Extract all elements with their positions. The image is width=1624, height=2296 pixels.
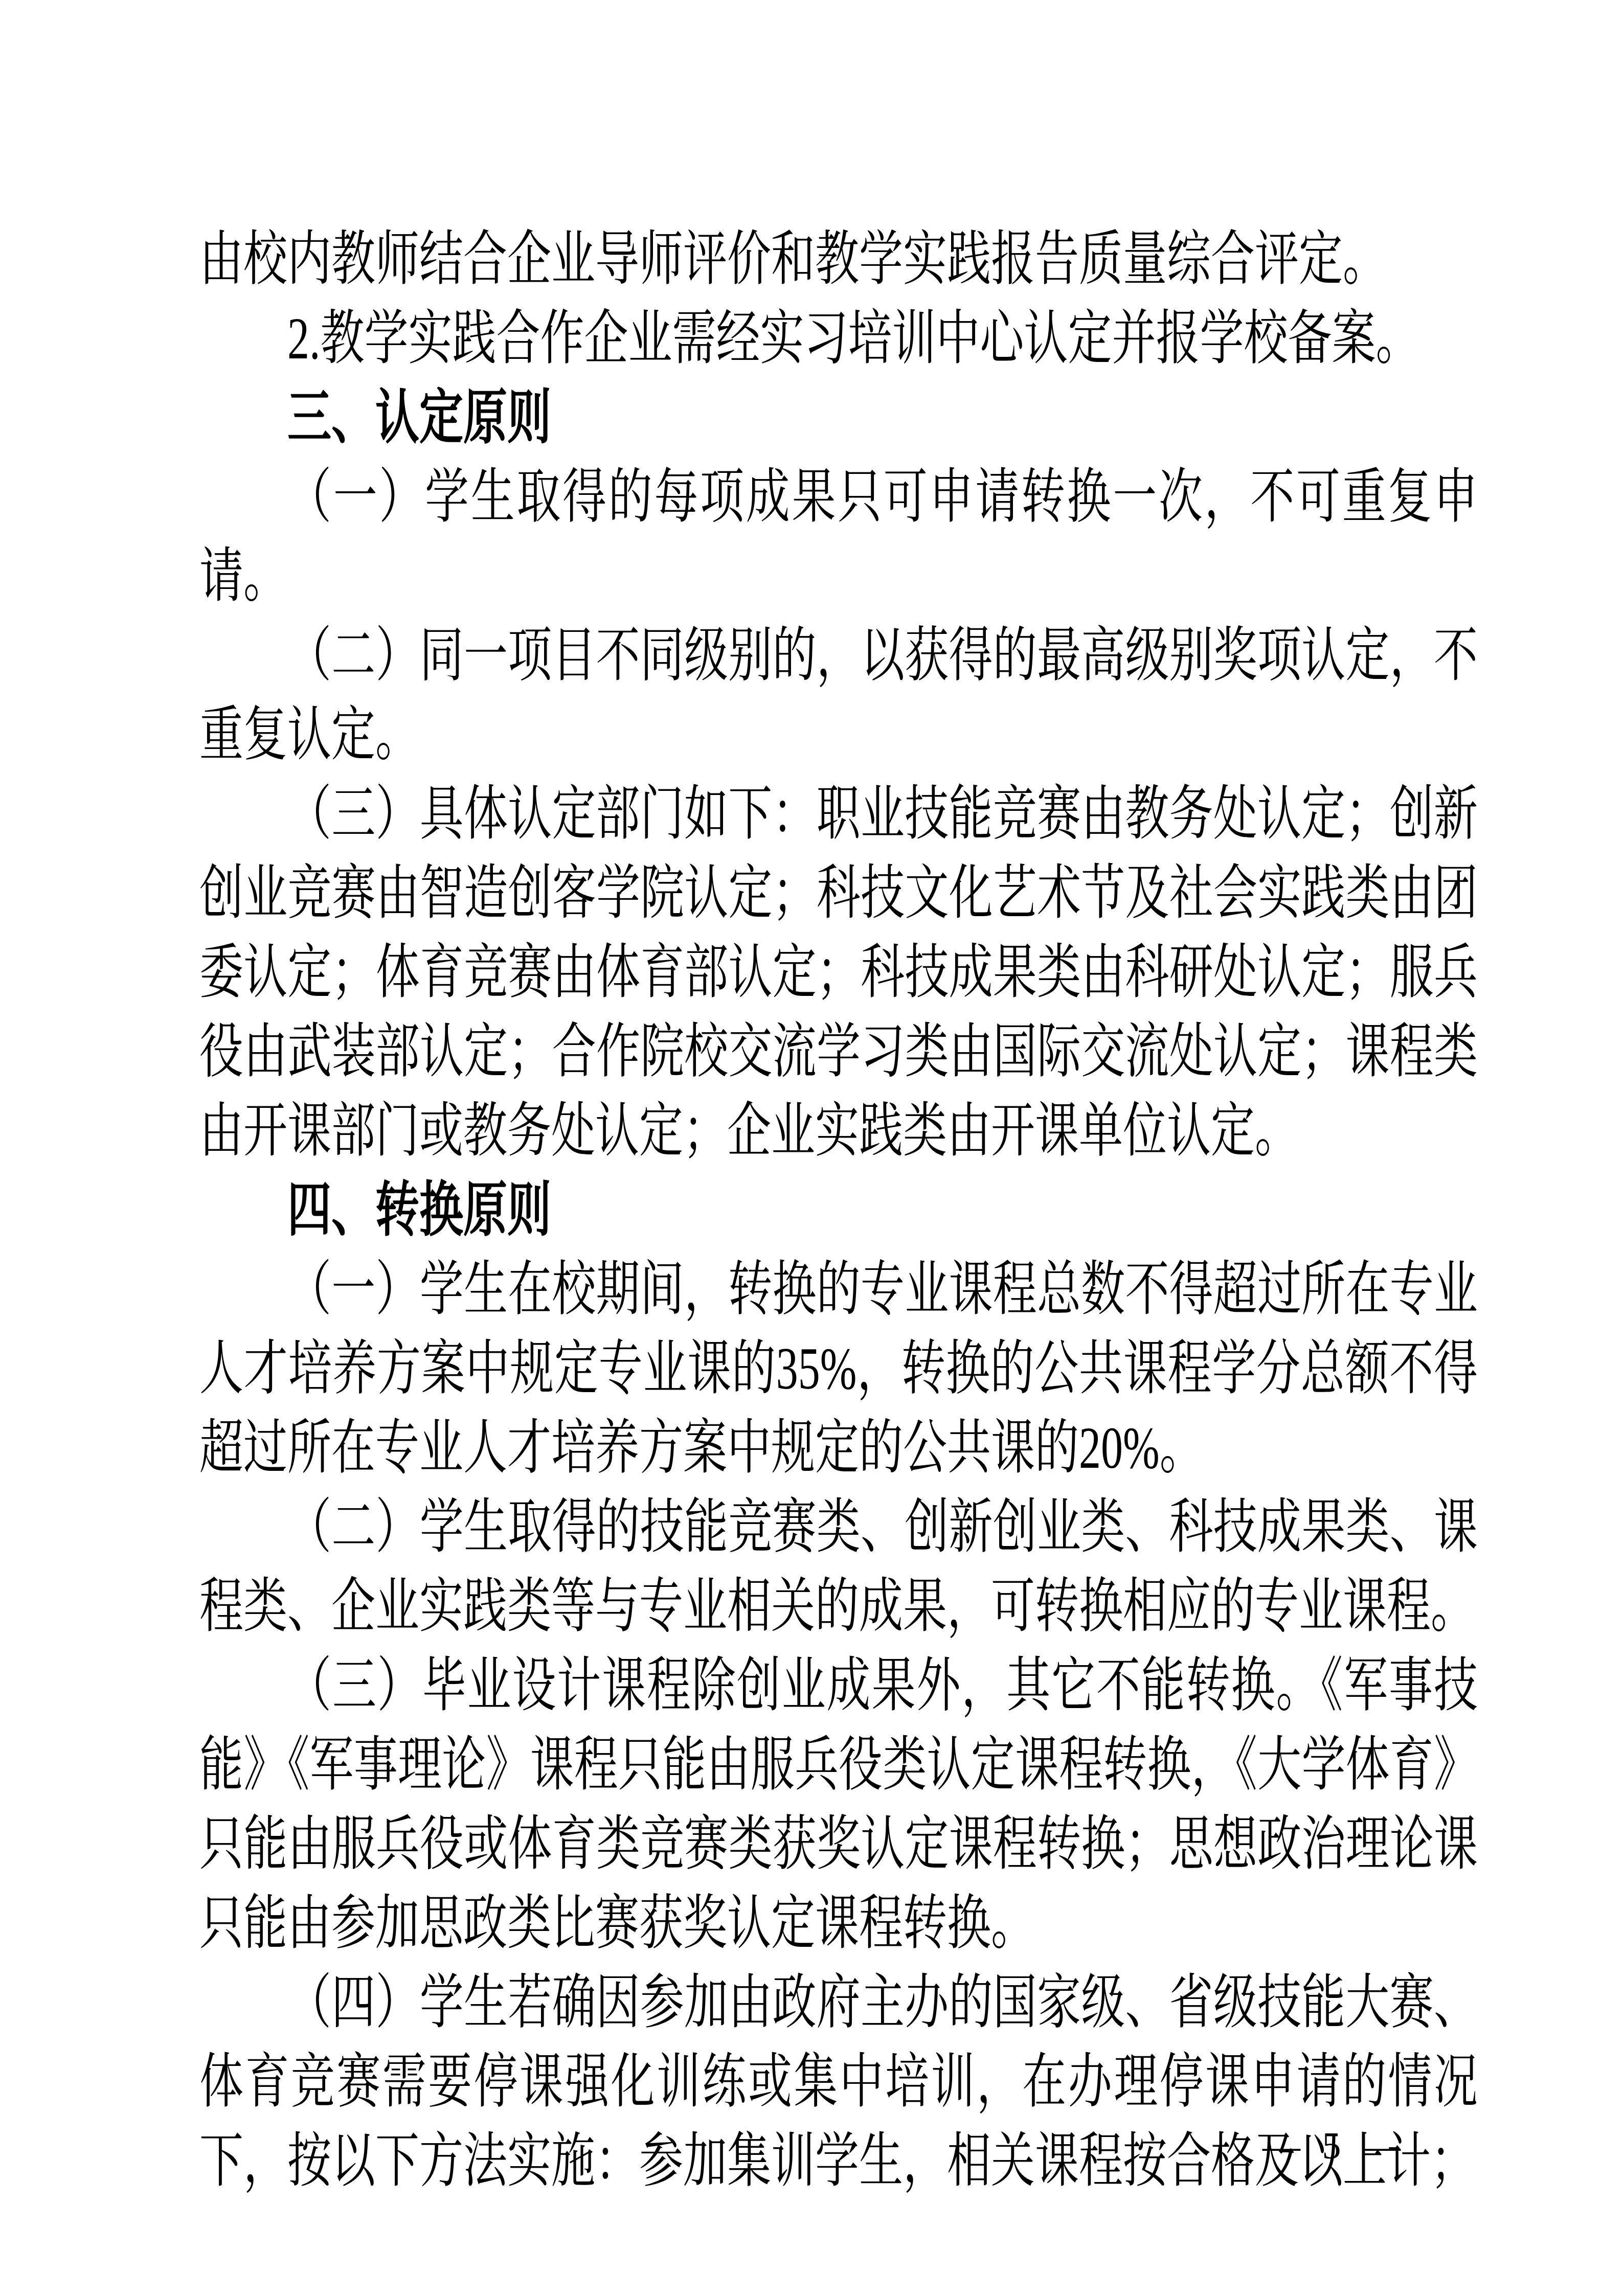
page-number: — 5 —: [1262, 2126, 1407, 2167]
document-body: 由校内教师结合企业导师评价和教学实践报告质量综合评定。 2.教学实践合作企业需经…: [199, 220, 1478, 2201]
paragraph-conversion-3-course-restrictions: （三）毕业设计课程除创业成果外，其它不能转换。《军事技能》《军事理论》课程只能由…: [199, 1646, 1478, 1963]
paragraph-principle-2-highest-level: （二）同一项目不同级别的，以获得的最高级别奖项认定，不重复认定。: [199, 616, 1478, 775]
paragraph-conversion-1-percentage-limits: （一）学生在校期间，转换的专业课程总数不得超过所在专业人才培养方案中规定专业课的…: [199, 1250, 1478, 1488]
paragraph-principle-3-departments: （三）具体认定部门如下：职业技能竞赛由教务处认定；创新创业竞赛由智造创客学院认定…: [199, 775, 1478, 1171]
paragraph-item-2-teaching-practice: 2.教学实践合作企业需经实习培训中心认定并报学校备案。: [199, 299, 1478, 378]
paragraph-continuation-evaluation: 由校内教师结合企业导师评价和教学实践报告质量综合评定。: [199, 220, 1478, 299]
document-page: 由校内教师结合企业导师评价和教学实践报告质量综合评定。 2.教学实践合作企业需经…: [0, 0, 1624, 2296]
section-heading-conversion-principles: 四、转换原则: [199, 1171, 1478, 1250]
section-heading-recognition-principles: 三、认定原则: [199, 378, 1478, 458]
paragraph-conversion-2-related-achievements: （二）学生取得的技能竞赛类、创新创业类、科技成果类、课程类、企业实践类等与专业相…: [199, 1488, 1478, 1646]
paragraph-principle-1-single-application: （一）学生取得的每项成果只可申请转换一次，不可重复申请。: [199, 458, 1478, 616]
